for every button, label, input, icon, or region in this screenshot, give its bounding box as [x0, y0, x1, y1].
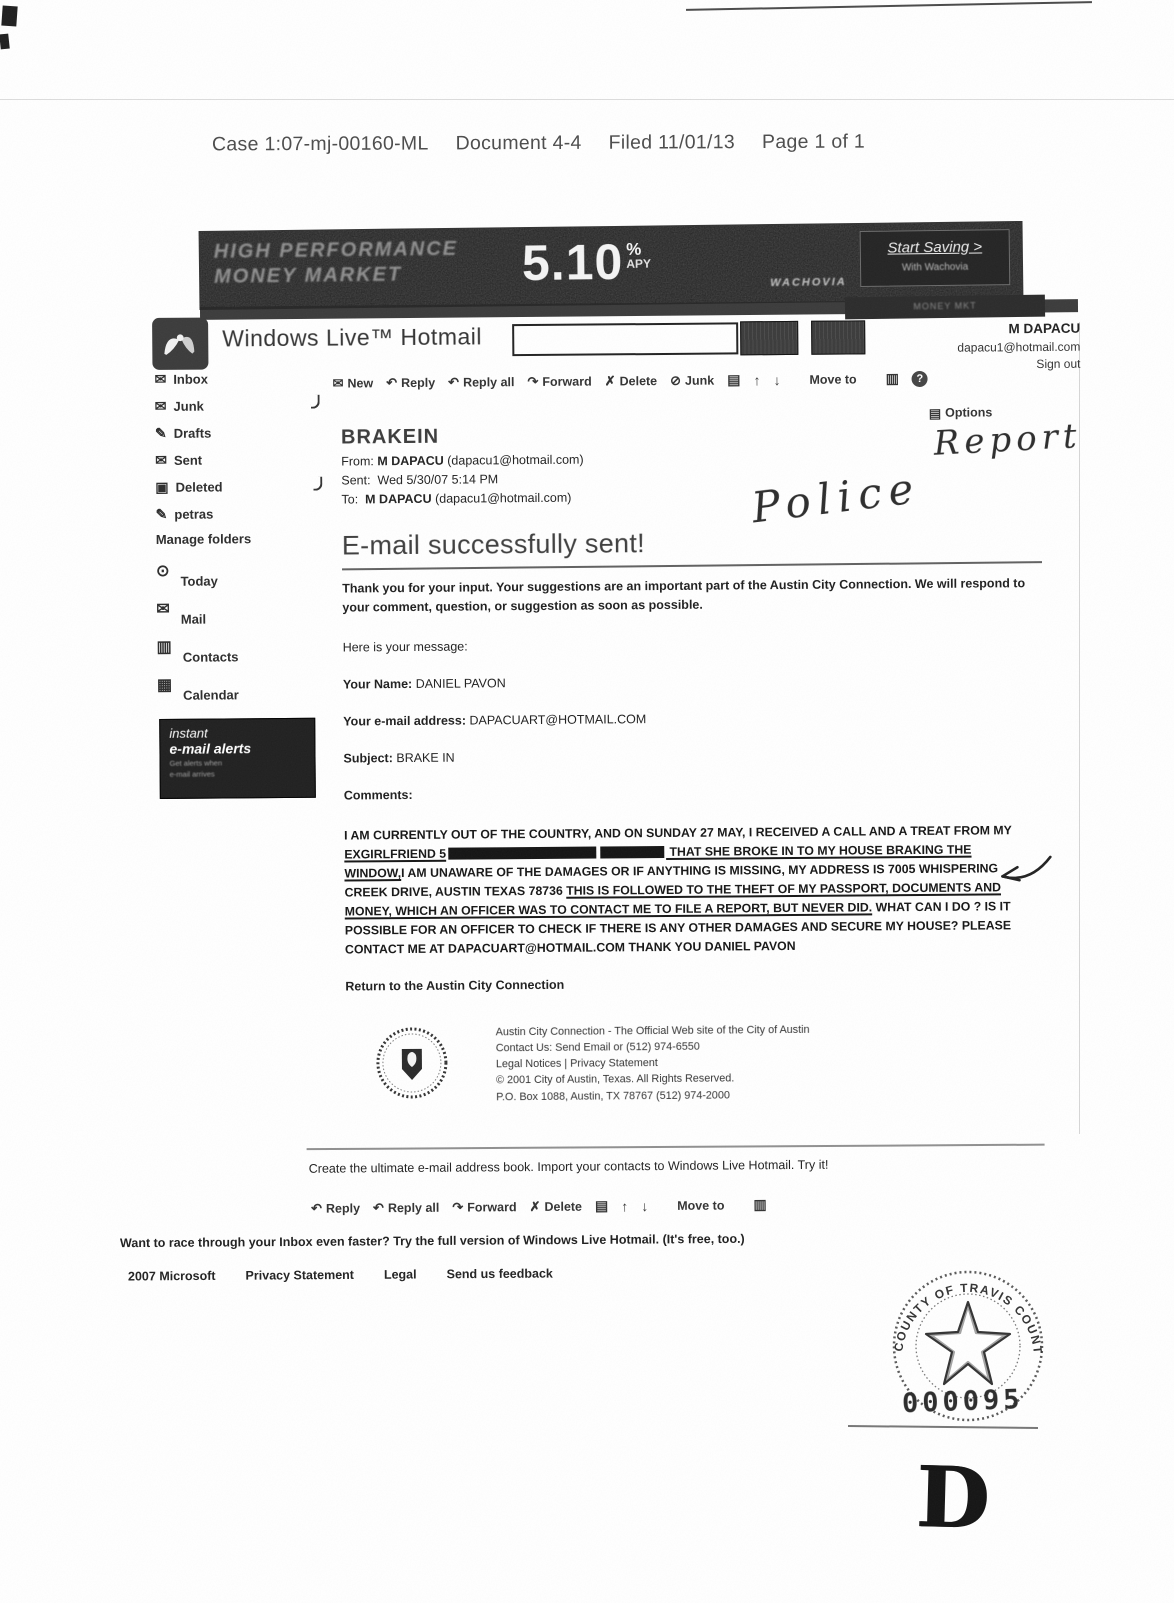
new-button[interactable]: ✉New: [333, 376, 374, 390]
upsell-line: Want to race through your Inbox even fas…: [120, 1232, 745, 1250]
sidebar-item-drafts[interactable]: ✎Drafts: [155, 419, 307, 447]
printer-icon: ▤: [595, 1198, 608, 1214]
scan-artifact-hook: [313, 477, 322, 491]
email-row: Your e-mail address: DAPACUART@HOTMAIL.C…: [343, 708, 1065, 728]
name-row: Your Name: DANIEL PAVON: [343, 671, 1065, 691]
delete-button[interactable]: ✗Delete: [530, 1199, 583, 1213]
sidebar-item-today[interactable]: ⊙Today: [156, 558, 308, 597]
stamp-number: 000095: [901, 1384, 1024, 1419]
scan-fold-line: [0, 99, 1174, 100]
handwritten-arrow: [992, 851, 1054, 891]
email-alerts-promo[interactable]: instant e-mail alerts Get alerts when e-…: [159, 718, 316, 799]
comments-paragraph: I AM CURRENTLY OUT OF THE COUNTRY, AND O…: [344, 821, 1033, 960]
search-bar: [512, 320, 865, 357]
message-toolbar-bottom: ↶Reply ↶Reply all ↷Forward ✗Delete ▤ ↑ ↓…: [311, 1194, 1069, 1217]
contacts-icon: ▥: [157, 637, 172, 657]
scan-artifact: [1, 6, 17, 27]
down-arrow-icon: ↓: [773, 372, 780, 388]
reply-all-button[interactable]: ↶Reply all: [448, 375, 514, 390]
address-book-promo[interactable]: Create the ultimate e-mail address book.…: [309, 1156, 1069, 1176]
comment-text-segment: I AM CURRENTLY OUT OF THE COUNTRY, AND O…: [344, 823, 1012, 842]
help-icon: ?: [916, 372, 923, 384]
windows-live-logo-icon: [152, 318, 208, 370]
forward-button[interactable]: ↷Forward: [452, 1200, 516, 1215]
reply-all-button[interactable]: ↶Reply all: [373, 1201, 439, 1216]
thanks-paragraph: Thank you for your input. Your suggestio…: [342, 574, 1042, 617]
start-saving-button[interactable]: Start Saving > With Wachovia: [860, 229, 1011, 287]
banner-rate: 5.10 % APY: [522, 233, 652, 293]
drafts-icon: ✎: [155, 425, 167, 442]
reply-all-icon: ↶: [448, 376, 459, 389]
search-button[interactable]: [740, 321, 798, 355]
calendar-icon: ▦: [157, 675, 172, 695]
sidebar-item-mail[interactable]: ✉Mail: [156, 596, 308, 635]
delete-button[interactable]: ✗Delete: [605, 374, 658, 388]
microsoft-copyright: 2007 Microsoft: [128, 1269, 216, 1284]
options-button[interactable]: ▤ Options: [929, 405, 993, 419]
reply-button[interactable]: ↶Reply: [386, 375, 435, 389]
scan-edge-line: [686, 1, 1092, 11]
deleted-icon: ▣: [155, 479, 168, 496]
move-to-button[interactable]: Move to: [809, 372, 856, 386]
printer-icon: ▤: [727, 371, 740, 387]
court-case-header: Case 1:07-mj-00160-ML Document 4-4 Filed…: [212, 131, 865, 157]
folder-button[interactable]: ▥: [886, 370, 899, 387]
junk-folder-icon: ✉: [155, 398, 167, 415]
sidebar-item-sent[interactable]: ✉Sent: [155, 446, 307, 474]
forward-icon: ↷: [452, 1201, 463, 1214]
folder-button[interactable]: ▥: [753, 1196, 766, 1213]
options-icon: ▤: [929, 406, 941, 419]
account-email: dapacu1@hotmail.com: [840, 338, 1080, 357]
sidebar-item-contacts[interactable]: ▥Contacts: [157, 634, 309, 673]
privacy-statement-link[interactable]: Privacy Statement: [245, 1268, 353, 1283]
legal-link[interactable]: Legal: [384, 1267, 417, 1281]
new-mail-icon: ✉: [333, 376, 344, 389]
forward-button[interactable]: ↷Forward: [527, 374, 591, 389]
junk-button[interactable]: ⊘Junk: [670, 373, 714, 387]
divider: [307, 1143, 1045, 1149]
document-number: Document 4-4: [456, 132, 582, 156]
austin-city-footer: Austin City Connection - The Official We…: [346, 1020, 1069, 1107]
reply-all-icon: ↶: [373, 1201, 384, 1214]
mail-icon: ✉: [156, 599, 170, 619]
comments-label: Comments:: [344, 782, 1066, 802]
help-button[interactable]: ?: [912, 370, 928, 386]
city-footer-line: Austin City Connection - The Official We…: [496, 1022, 810, 1041]
custom-folder-icon: ✎: [156, 506, 168, 523]
reply-icon: ↶: [386, 376, 397, 389]
send-feedback-link[interactable]: Send us feedback: [447, 1267, 553, 1282]
today-icon: ⊙: [156, 561, 170, 581]
redaction-box: [448, 846, 596, 859]
next-message-button[interactable]: ↓: [641, 1198, 648, 1214]
sidebar-item-deleted[interactable]: ▣Deleted: [155, 473, 307, 501]
scan-artifact-hook: [311, 395, 320, 409]
next-message-button[interactable]: ↓: [773, 372, 780, 388]
delete-icon: ✗: [530, 1200, 541, 1213]
app-title: Windows Live™ Hotmail: [222, 323, 482, 352]
print-button[interactable]: ▤: [595, 1198, 608, 1215]
account-block: M DAPACU dapacu1@hotmail.com Sign out: [840, 319, 1080, 375]
message-toolbar-top: ✉New ↶Reply ↶Reply all ↷Forward ✗Delete …: [333, 370, 928, 392]
redaction-box: [600, 846, 664, 859]
manage-folders-link[interactable]: Manage folders: [156, 531, 308, 547]
search-input[interactable]: [512, 322, 738, 356]
previous-message-button[interactable]: ↑: [621, 1198, 628, 1214]
folder-icon: ▥: [753, 1196, 766, 1212]
reply-icon: ↶: [311, 1202, 322, 1215]
divider: [342, 561, 1042, 570]
account-name: M DAPACU: [840, 319, 1080, 340]
comment-text-segment: EXGIRLFRIEND 5: [344, 846, 446, 861]
sidebar-item-inbox[interactable]: ✉Inbox: [154, 365, 306, 393]
inbox-icon: ✉: [154, 371, 166, 388]
return-link[interactable]: Return to the Austin City Connection: [345, 974, 1067, 994]
scan-artifact: [0, 34, 10, 50]
up-arrow-icon: ↑: [753, 372, 760, 388]
junk-icon: ⊘: [670, 374, 681, 387]
sent-icon: ✉: [155, 452, 167, 469]
sidebar-item-petras[interactable]: ✎petras: [155, 500, 307, 528]
austin-city-seal-icon: [374, 1024, 451, 1101]
subject-row: Subject: BRAKE IN: [343, 745, 1065, 765]
folder-sidebar: ✉Inbox ✉Junk ✎Drafts ✉Sent ▣Deleted ✎pet…: [154, 365, 309, 799]
move-to-button[interactable]: Move to: [677, 1198, 724, 1212]
handwritten-letter-d: D: [915, 1447, 990, 1548]
case-number: Case 1:07-mj-00160-ML: [212, 132, 429, 156]
city-footer-line: P.O. Box 1088, Austin, TX 78767 (512) 97…: [496, 1086, 810, 1105]
print-button[interactable]: ▤: [727, 371, 740, 388]
banner-headline: HIGH PERFORMANCE MONEY MARKET: [214, 237, 459, 290]
delete-icon: ✗: [605, 374, 616, 387]
filed-date: Filed 11/01/13: [609, 131, 735, 155]
sidebar-item-junk[interactable]: ✉Junk: [155, 392, 307, 420]
forward-icon: ↷: [527, 375, 538, 388]
up-arrow-icon: ↑: [621, 1198, 628, 1214]
here-is-line: Here is your message:: [343, 634, 1065, 654]
page-number: Page 1 of 1: [762, 131, 865, 154]
wachovia-logo-text: WACHOVIA: [770, 276, 847, 289]
down-arrow-icon: ↓: [641, 1198, 648, 1214]
sidebar-item-calendar[interactable]: ▦Calendar: [157, 672, 309, 711]
footer-links: 2007 Microsoft Privacy Statement Legal S…: [128, 1267, 553, 1284]
previous-message-button[interactable]: ↑: [753, 372, 760, 388]
reply-button[interactable]: ↶Reply: [311, 1201, 360, 1215]
folder-icon: ▥: [886, 370, 899, 386]
